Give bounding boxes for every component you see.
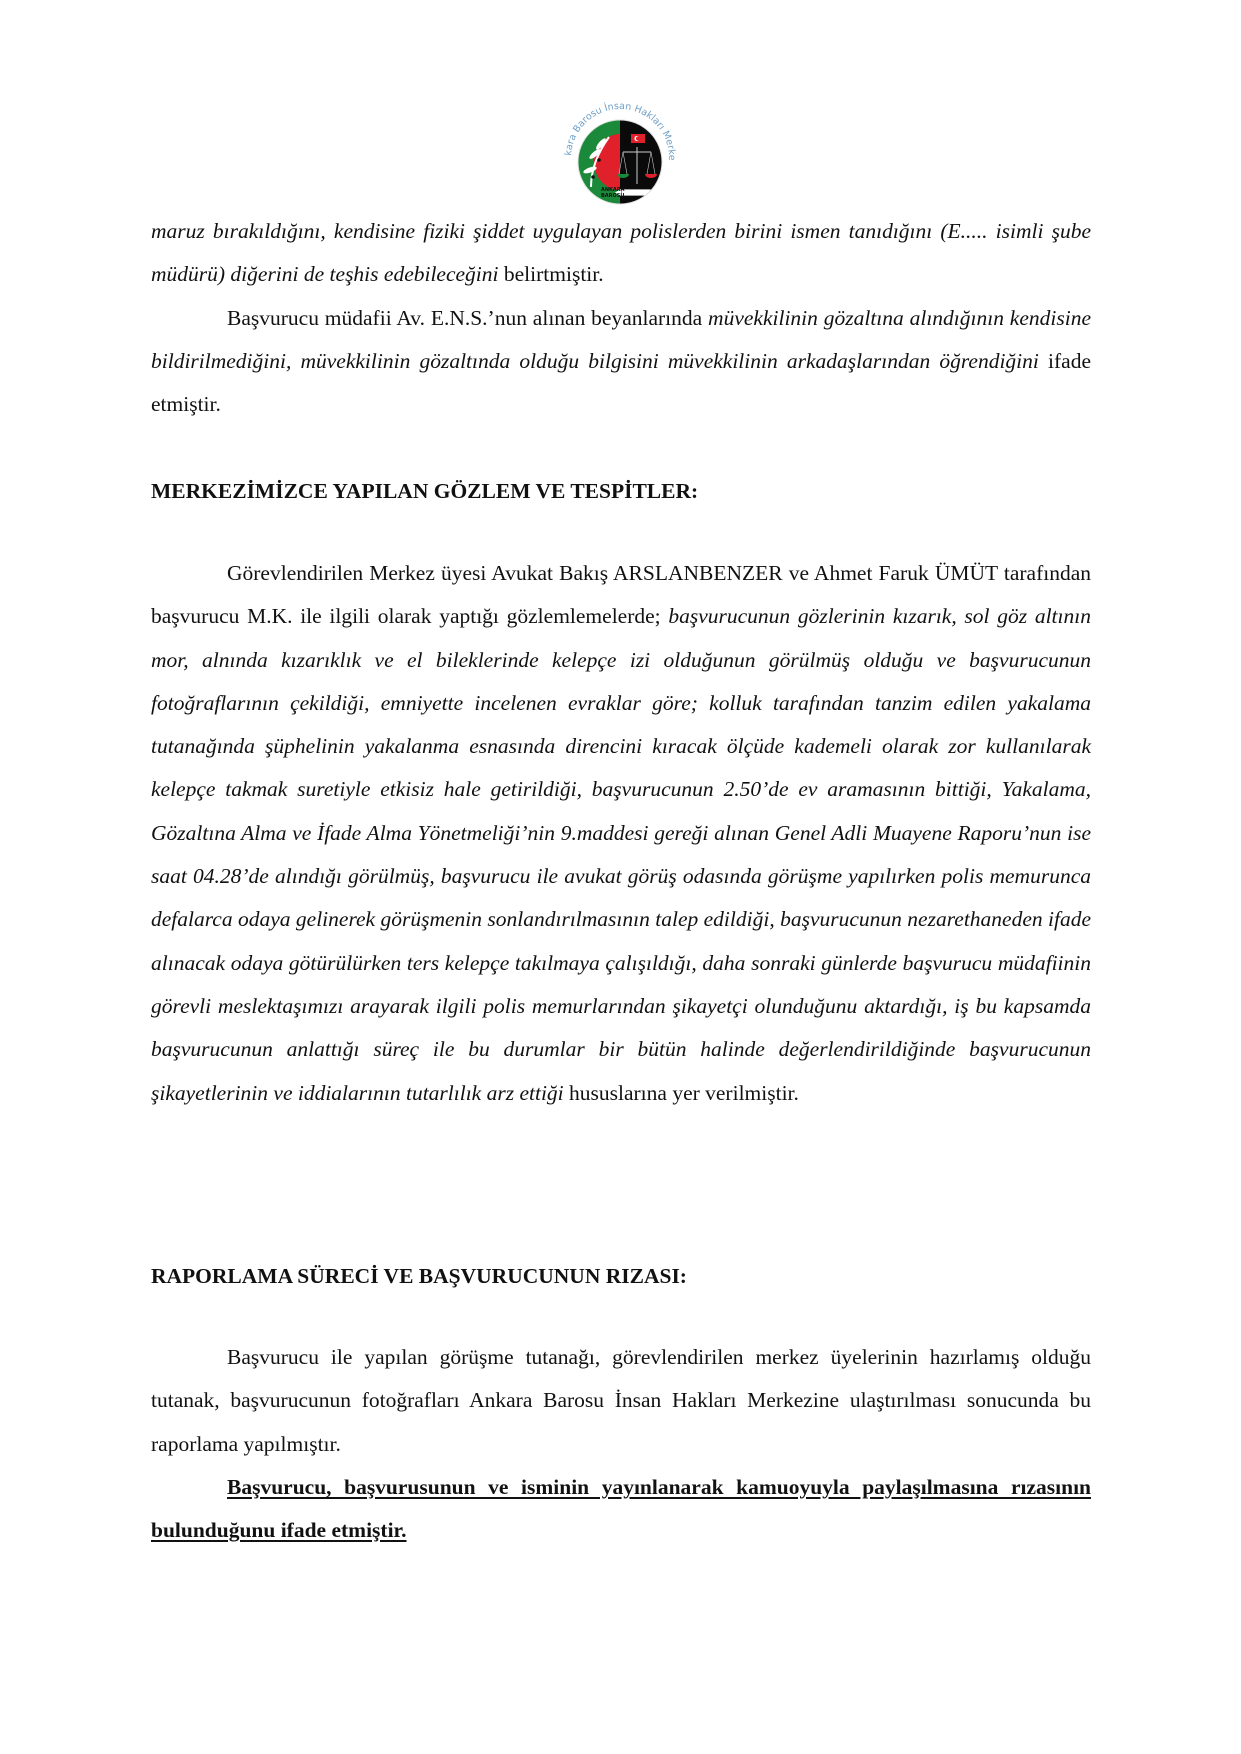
observations-paragraph: Görevlendirilen Merkez üyesi Avukat Bakı…: [151, 552, 1091, 1115]
section-heading-reporting: RAPORLAMA SÜRECİ VE BAŞVURUCUNUN RIZASI:: [151, 1255, 687, 1298]
reporting-paragraph: Başvurucu ile yapılan görüşme tutanağı, …: [151, 1336, 1091, 1466]
consent-paragraph: Başvurucu, başvurusunun ve isminin yayın…: [151, 1466, 1091, 1553]
logo-emblem-icon: Ankara Barosu İnsan Hakları Merkezi: [557, 92, 683, 218]
ankara-barosu-logo: Ankara Barosu İnsan Hakları Merkezi: [557, 92, 683, 218]
consent-statement: Başvurucu, başvurusunun ve isminin yayın…: [151, 1475, 1091, 1542]
intro-section: maruz bırakıldığını, kendisine fiziki şi…: [151, 210, 1091, 426]
section-heading-observations: MERKEZİMİZCE YAPILAN GÖZLEM VE TESPİTLER…: [151, 470, 698, 513]
lawyer-statement-paragraph: Başvurucu müdafii Av. E.N.S.’nun alınan …: [151, 297, 1091, 427]
svg-text:BAROSU: BAROSU: [601, 193, 624, 199]
observations-tail: hususlarına yer verilmiştir.: [564, 1081, 799, 1105]
lawyer-statement-lead: Başvurucu müdafii Av. E.N.S.’nun alınan …: [227, 306, 708, 330]
victim-statement-paragraph: maruz bırakıldığını, kendisine fiziki şi…: [151, 210, 1091, 297]
victim-statement-italic: maruz bırakıldığını, kendisine fiziki şi…: [151, 219, 1091, 286]
observations-italic: başvurucunun gözlerinin kızarık, sol göz…: [151, 604, 1091, 1104]
victim-statement-tail: belirtmiştir.: [499, 262, 604, 286]
reporting-section: Başvurucu ile yapılan görüşme tutanağı, …: [151, 1336, 1091, 1552]
observations-section: Görevlendirilen Merkez üyesi Avukat Bakı…: [151, 552, 1091, 1115]
